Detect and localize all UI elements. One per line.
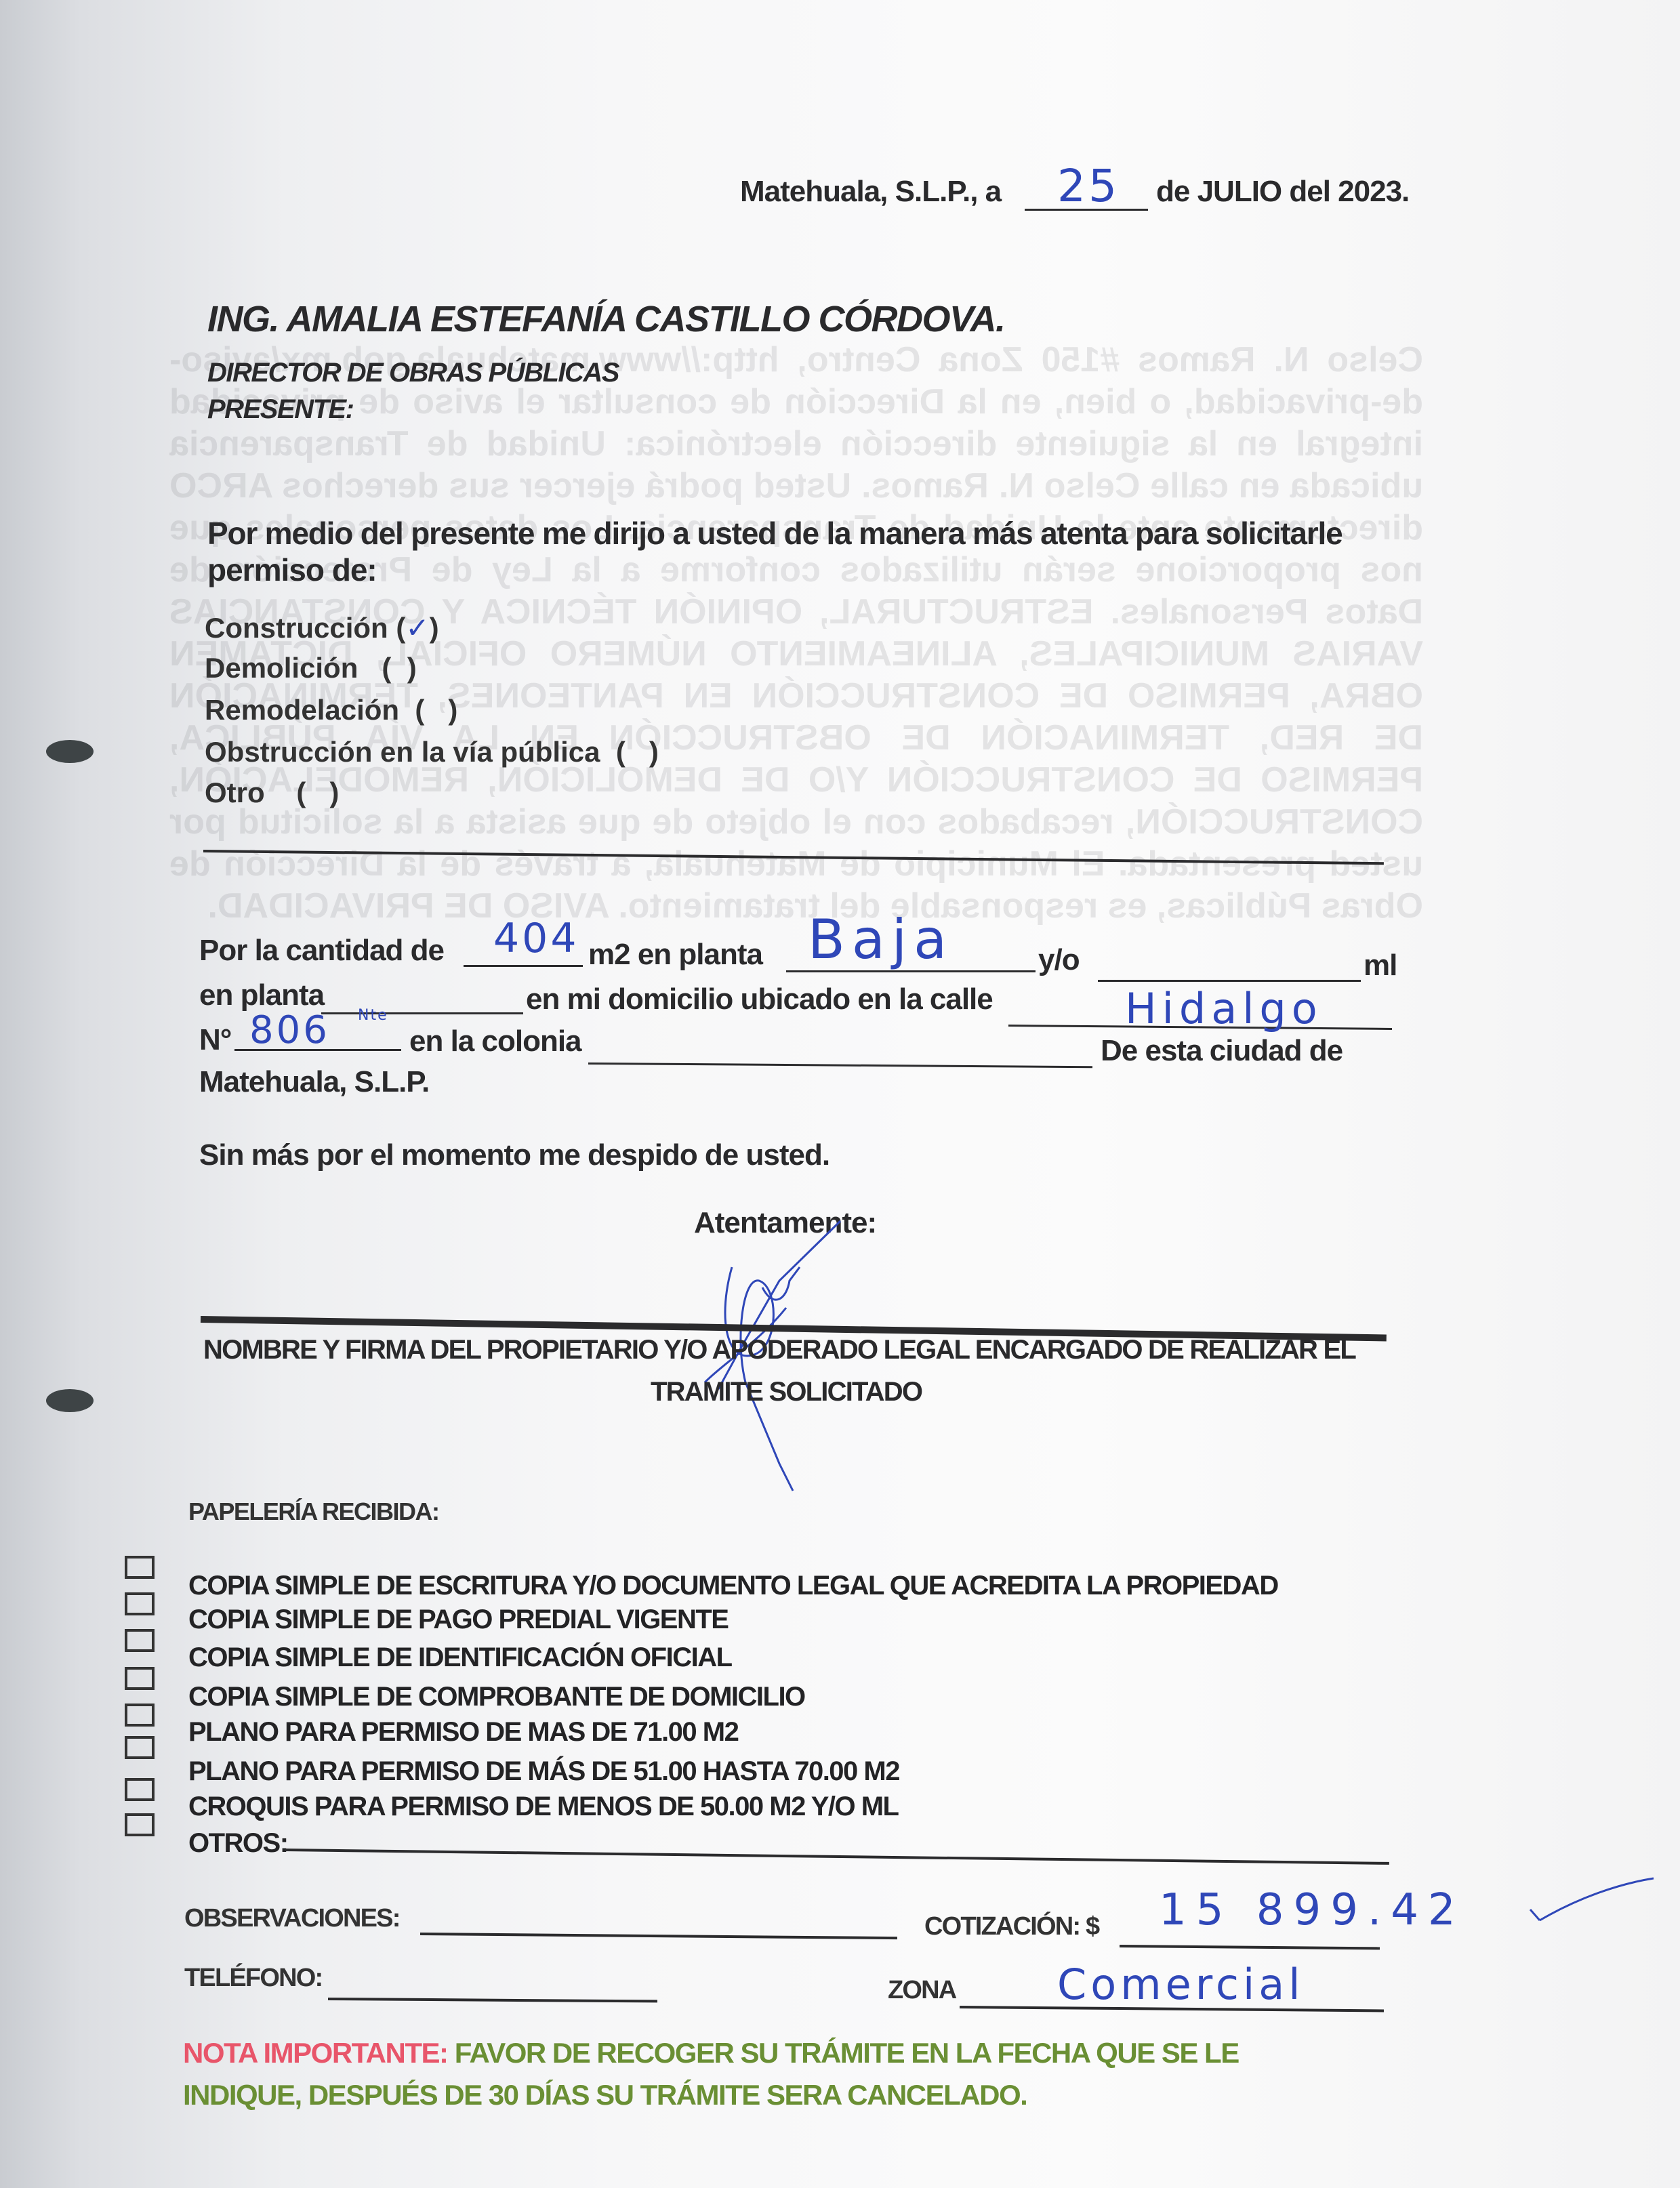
- papeleria-heading: PAPELERÍA RECIBIDA:: [188, 1498, 439, 1526]
- observaciones-label: OBSERVACIONES:: [184, 1904, 400, 1933]
- observaciones-line[interactable]: [420, 1933, 897, 1939]
- addressee-name: ING. AMALIA ESTEFANÍA CASTILLO CÓRDOVA.: [207, 298, 1005, 340]
- checkmark-icon: ✓: [405, 611, 429, 644]
- en-planta-line[interactable]: [321, 1012, 523, 1014]
- intro-line-1: Por medio del presente me dirijo a usted…: [207, 515, 1342, 552]
- signature-caption-1: NOMBRE Y FIRMA DEL PROPIETARIO Y/O APODE…: [203, 1335, 1355, 1365]
- doc-checkbox-domicilio[interactable]: [125, 1667, 155, 1690]
- doc-item-label: OTROS:: [188, 1828, 288, 1859]
- permit-checkbox[interactable]: (✓): [396, 612, 438, 644]
- salutation: PRESENTE:: [207, 394, 353, 425]
- planta-value[interactable]: Baja: [808, 908, 954, 971]
- intro-line-2: permiso de:: [207, 552, 377, 588]
- signature-caption-2: TRAMITE SOLICITADO: [651, 1377, 922, 1407]
- doc-item-label: CROQUIS PARA PERMISO DE MENOS DE 50.00 M…: [188, 1792, 898, 1822]
- numero-note: Nte: [358, 1007, 388, 1024]
- domicilio-label: en mi domicilio ubicado en la calle: [526, 983, 993, 1016]
- note-text-1: FAVOR DE RECOGER SU TRÁMITE EN LA FECHA …: [455, 2037, 1239, 2069]
- zona-value[interactable]: Comercial: [1057, 1960, 1304, 2009]
- doc-item-label: PLANO PARA PERMISO DE MÁS DE 51.00 HASTA…: [188, 1756, 899, 1787]
- doc-checkbox-predial[interactable]: [125, 1592, 155, 1615]
- cotizacion-value[interactable]: 15 899.42: [1159, 1885, 1465, 1935]
- qty-line: [464, 965, 583, 967]
- binder-hole-top: [46, 740, 94, 763]
- doc-checkbox-plano-71[interactable]: [125, 1704, 155, 1727]
- telefono-line[interactable]: [328, 1998, 657, 2002]
- day-handwritten[interactable]: 25: [1057, 160, 1120, 212]
- important-note: NOTA IMPORTANTE: FAVOR DE RECOGER SU TRÁ…: [183, 2037, 1239, 2069]
- colonia-line[interactable]: [588, 1062, 1092, 1068]
- permit-label: Construcción: [205, 612, 388, 644]
- doc-item-label: COPIA SIMPLE DE PAGO PREDIAL VIGENTE: [188, 1605, 729, 1635]
- yo-label: y/o: [1038, 943, 1080, 977]
- permit-option-obstruccion[interactable]: Obstrucción en la vía pública ( ): [205, 736, 659, 768]
- permit-checkbox[interactable]: ( ): [366, 652, 417, 684]
- qty-label: Por la cantidad de: [199, 934, 444, 968]
- permit-option-construccion[interactable]: Construcción (✓): [205, 611, 439, 644]
- doc-item-label: COPIA SIMPLE DE IDENTIFICACIÓN OFICIAL: [188, 1643, 732, 1673]
- en-planta-label: en planta: [199, 978, 324, 1012]
- doc-item-label: PLANO PARA PERMISO DE MAS DE 71.00 M2: [188, 1717, 738, 1748]
- addressee-title: DIRECTOR DE OBRAS PÚBLICAS: [207, 358, 619, 388]
- permit-checkbox[interactable]: ( ): [272, 777, 339, 808]
- telefono-label: TELÉFONO:: [184, 1964, 322, 1993]
- m2-label: m2 en planta: [588, 938, 762, 972]
- ciudad-label: De esta ciudad de: [1101, 1034, 1343, 1068]
- doc-item-label: COPIA SIMPLE DE COMPROBANTE DE DOMICILIO: [188, 1682, 805, 1712]
- binder-hole-bottom: [46, 1389, 94, 1412]
- farewell: Sin más por el momento me despido de ust…: [199, 1138, 829, 1172]
- cotizacion-label: COTIZACIÓN: $: [924, 1912, 1099, 1941]
- permit-checkbox[interactable]: ( ): [407, 694, 458, 726]
- permit-checkbox[interactable]: ( ): [608, 736, 659, 768]
- permit-label: Otro: [205, 777, 265, 808]
- note-label: NOTA IMPORTANTE:: [183, 2037, 448, 2069]
- otro-specify-line[interactable]: [203, 850, 1384, 865]
- zona-label: ZONA: [888, 1976, 956, 2005]
- calle-value[interactable]: Hidalgo: [1125, 984, 1323, 1033]
- otros-line[interactable]: [285, 1849, 1389, 1865]
- numero-label: N°: [199, 1023, 231, 1057]
- permit-option-remodelacion[interactable]: Remodelación ( ): [205, 694, 457, 726]
- ml-line[interactable]: [1098, 980, 1361, 982]
- qty-value[interactable]: 404: [493, 915, 579, 962]
- permit-option-otro[interactable]: Otro ( ): [205, 777, 339, 809]
- note-text-2: INDIQUE, DESPUÉS DE 30 DÍAS SU TRÁMITE S…: [183, 2079, 1027, 2111]
- doc-checkbox-otros[interactable]: [125, 1813, 155, 1836]
- numero-value[interactable]: 806: [249, 1008, 330, 1052]
- doc-checkbox-identificacion[interactable]: [125, 1629, 155, 1652]
- doc-checkbox-croquis[interactable]: [125, 1778, 155, 1801]
- permit-label: Demolición: [205, 652, 358, 684]
- permit-option-demolicion[interactable]: Demolición ( ): [205, 652, 417, 684]
- doc-item-label: COPIA SIMPLE DE ESCRITURA Y/O DOCUMENTO …: [188, 1571, 1278, 1601]
- date-prefix: Matehuala, S.L.P., a: [740, 175, 1001, 209]
- doc-checkbox-plano-51-70[interactable]: [125, 1736, 155, 1759]
- cotizacion-line: [1120, 1945, 1380, 1949]
- colonia-label: en la colonia: [409, 1025, 581, 1058]
- doc-checkbox-escritura[interactable]: [125, 1556, 155, 1579]
- checkmark-icon: [1525, 1870, 1660, 1924]
- permit-label: Remodelación: [205, 694, 399, 726]
- date-suffix: de JULIO del 2023.: [1156, 175, 1409, 209]
- ml-label: ml: [1364, 949, 1397, 983]
- permit-label: Obstrucción en la vía pública: [205, 736, 600, 768]
- ciudad-line-2: Matehuala, S.L.P.: [199, 1065, 429, 1099]
